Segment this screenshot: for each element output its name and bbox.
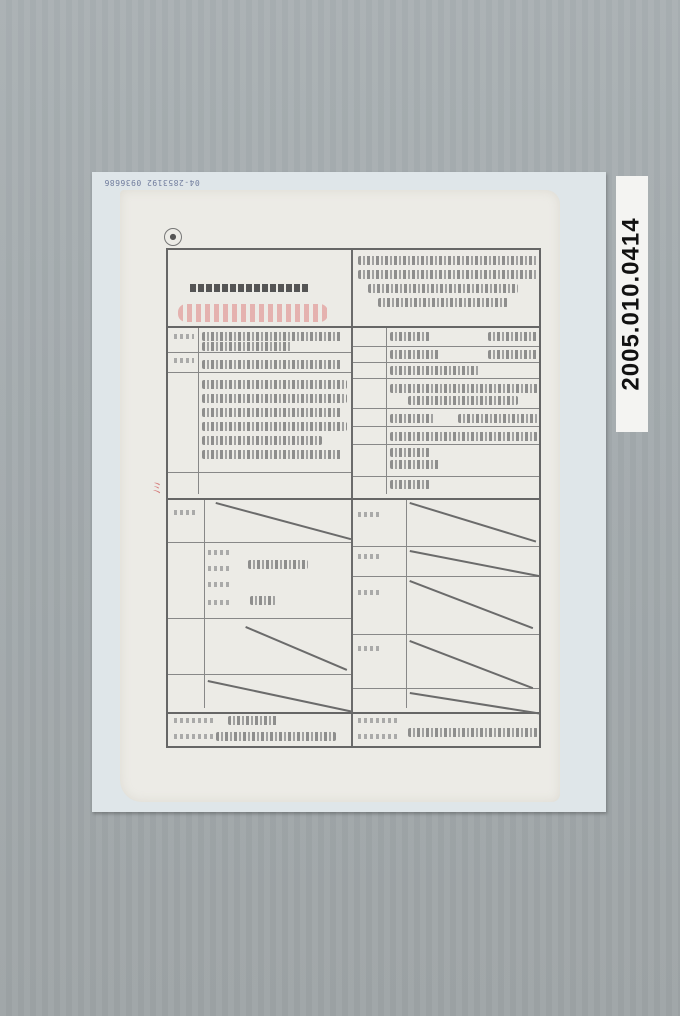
printed-label [358,590,382,595]
handwritten-text [390,448,430,457]
handwritten-text [202,436,322,445]
handwritten-text [368,284,518,293]
catalog-number-label: 2005.010.0414 [616,176,648,432]
printed-label [208,566,232,571]
row-line [353,546,539,547]
handwritten-text [202,332,342,341]
printed-label [358,512,382,517]
handwritten-text [390,480,430,489]
strike-line [410,692,541,714]
label-column-line [386,328,387,494]
handwritten-text [202,394,347,403]
row-line [168,372,351,373]
handwritten-signature [228,716,278,725]
handwritten-text [202,380,347,389]
row-line [353,426,539,427]
row-line [168,352,351,353]
handwritten-text [378,298,508,307]
row-line [168,674,351,675]
handwritten-text [390,460,440,469]
strike-line [410,550,540,577]
printed-label [174,734,214,739]
strike-line [409,580,533,629]
handwritten-text [202,422,347,431]
handwritten-text [458,414,538,423]
row-line [168,472,351,473]
section-divider [168,498,539,500]
handwritten-text [390,350,440,359]
label-column-line [204,500,205,708]
printed-label [358,646,382,651]
printed-label [358,734,398,739]
strike-line [245,626,347,670]
row-line [353,362,539,363]
board-stamp-text: 04-2853192 0936686 [104,178,200,187]
row-line [353,378,539,379]
label-column-line [406,500,407,708]
row-line [353,476,539,477]
handwritten-text [248,560,308,569]
row-line [353,408,539,409]
handwritten-text [390,432,538,441]
form-grid [166,248,541,748]
strike-line [208,680,353,712]
printed-label [174,358,194,363]
printed-label [358,554,382,559]
printed-label [208,550,232,555]
handwritten-text [488,350,538,359]
handwritten-text [390,384,538,393]
row-line [353,346,539,347]
row-line [353,688,539,689]
handwritten-text [250,596,276,605]
handwritten-text [358,256,538,265]
handwritten-text [202,342,292,351]
red-annotation-mark: ミ [150,478,164,498]
handwritten-text [202,360,342,369]
printed-label [208,582,232,587]
printed-label [174,510,198,515]
header-divider [168,326,539,328]
strike-line [409,640,533,689]
printed-label [208,600,232,605]
handwritten-text [202,450,342,459]
catalog-number: 2005.010.0414 [618,217,646,390]
handwritten-text [358,270,538,279]
handwritten-text [390,366,480,375]
handwritten-signature [408,728,538,737]
strike-line [410,502,537,542]
row-line [353,634,539,635]
handwritten-text [390,332,430,341]
handwritten-text [390,414,435,423]
footer-divider [168,712,539,714]
handwritten-signature [216,732,336,741]
label-column-line [198,328,199,494]
row-line [168,618,351,619]
strike-line [216,502,352,540]
printed-label [174,718,214,723]
circle-seal-icon: ● [164,228,182,246]
handwritten-text [408,396,518,405]
row-line [353,444,539,445]
handwritten-text [488,332,538,341]
handwritten-text [202,408,342,417]
printed-label [358,718,398,723]
row-line [353,576,539,577]
printed-label [174,334,194,339]
row-line [168,542,351,543]
